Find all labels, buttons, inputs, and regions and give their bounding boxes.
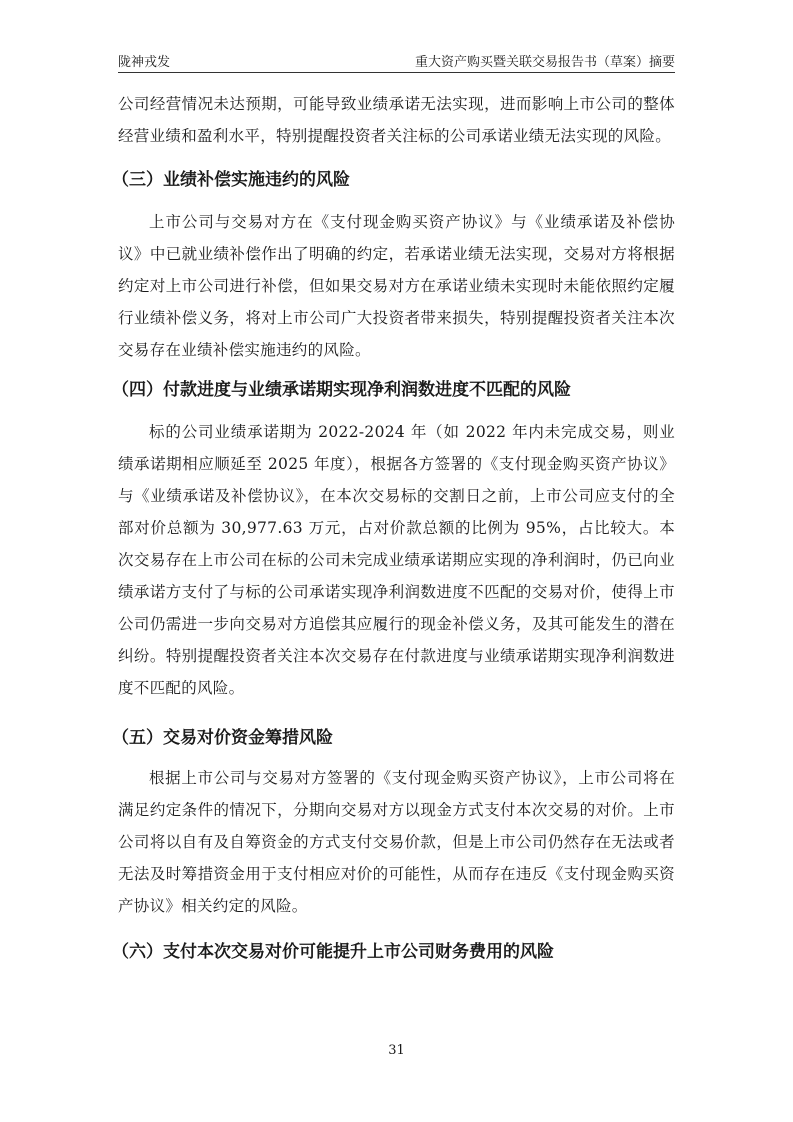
page-header: 陇神戎发 重大资产购买暨关联交易报告书（草案）摘要 (118, 49, 675, 73)
header-document-title: 重大资产购买暨关联交易报告书（草案）摘要 (415, 51, 675, 70)
header-company-name: 陇神戎发 (118, 51, 170, 70)
intro-paragraph: 公司经营情况未达预期，可能导致业绩承诺无法实现，进而影响上市公司的整体经营业绩和… (118, 88, 675, 152)
section-4-paragraph: 标的公司业绩承诺期为 2022-2024 年（如 2022 年内未完成交易，则业… (118, 416, 675, 704)
section-heading-3: （三）业绩补偿实施违约的风险 (112, 164, 675, 196)
page-number: 31 (0, 1043, 793, 1058)
section-3-paragraph: 上市公司与交易对方在《支付现金购买资产协议》与《业绩承诺及补偿协议》中已就业绩补… (118, 206, 675, 366)
section-5-paragraph: 根据上市公司与交易对方签署的《支付现金购买资产协议》，上市公司将在满足约定条件的… (118, 762, 675, 922)
section-heading-5: （五）交易对价资金筹措风险 (112, 722, 675, 754)
section-heading-6: （六）支付本次交易对价可能提升上市公司财务费用的风险 (112, 936, 675, 968)
section-heading-4: （四）付款进度与业绩承诺期实现净利润数进度不匹配的风险 (112, 374, 675, 406)
document-body: 公司经营情况未达预期，可能导致业绩承诺无法实现，进而影响上市公司的整体经营业绩和… (118, 88, 675, 968)
